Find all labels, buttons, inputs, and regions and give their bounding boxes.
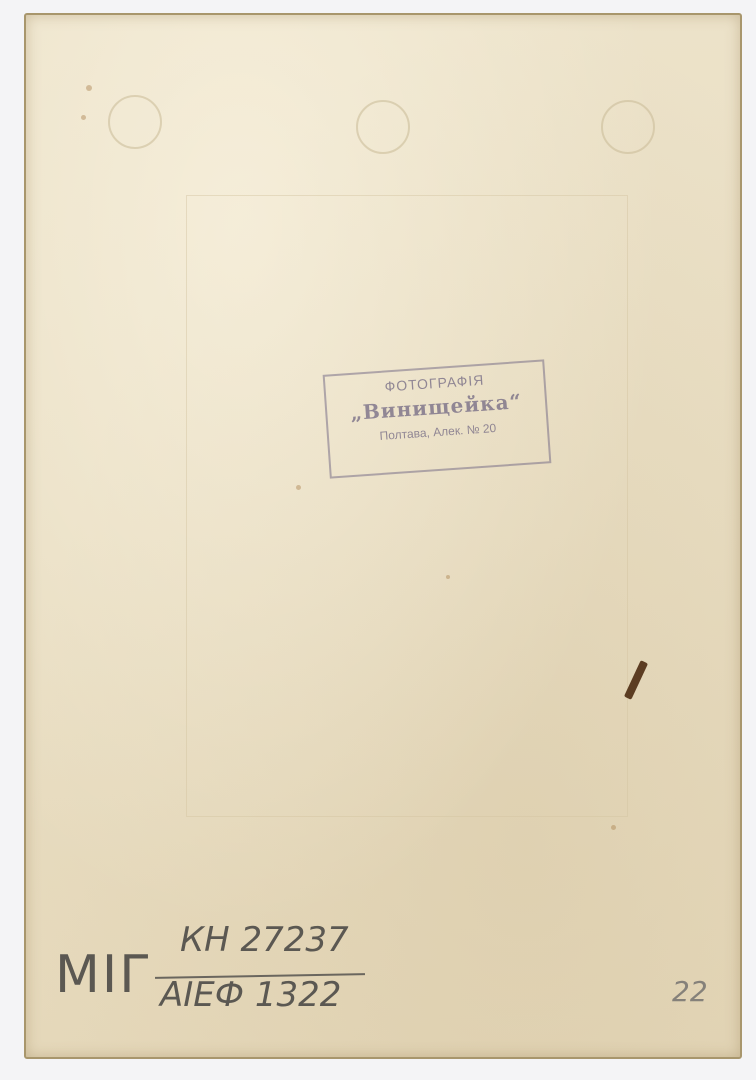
foxing-spot — [446, 575, 450, 579]
foxing-spot — [86, 85, 92, 91]
pencil-prefix: МІГ — [55, 945, 153, 1005]
foxing-spot — [81, 115, 86, 120]
pencil-archive-number: АІЕФ 1322 — [160, 975, 341, 1015]
emboss-mark-left — [108, 95, 162, 149]
photographer-stamp: ФОТОГРАФІЯ „Винищейка“ Полтава, Алек. № … — [323, 359, 552, 478]
photo-card-back: ФОТОГРАФІЯ „Винищейка“ Полтава, Алек. № … — [24, 13, 742, 1059]
embossed-frame — [186, 195, 628, 817]
foxing-spot — [611, 825, 616, 830]
emboss-mark-right — [601, 100, 655, 154]
emboss-mark-center — [356, 100, 410, 154]
foxing-spot — [296, 485, 301, 490]
pencil-inventory-number: КН 27237 — [180, 920, 349, 960]
pencil-page-number: 22 — [672, 975, 708, 1008]
